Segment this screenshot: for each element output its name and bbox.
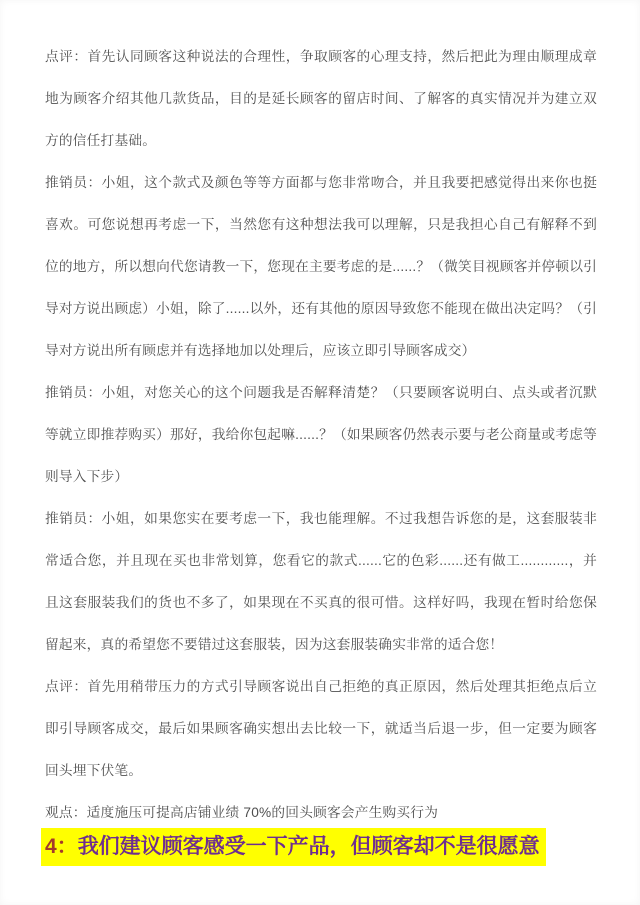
paragraph-comment-2: 点评：首先用稍带压力的方式引导顾客说出自己拒绝的真正原因，然后处理其拒绝点后立即… bbox=[45, 666, 597, 792]
section-heading-text: 我们建议顾客感受一下产品，但顾客却不是很愿意 bbox=[78, 835, 540, 858]
section-heading-number: 4： bbox=[45, 835, 78, 858]
paragraph-salesperson-3: 推销员：小姐，如果您实在要考虑一下，我也能理解。不过我想告诉您的是，这套服装非常… bbox=[45, 498, 597, 666]
paragraph-salesperson-1: 推销员：小姐，这个款式及颜色等等方面都与您非常吻合，并且我要把感觉得出来你也挺喜… bbox=[45, 162, 597, 372]
paragraph-comment-1: 点评：首先认同顾客这种说法的合理性，争取顾客的心理支持，然后把此为理由顺理成章地… bbox=[45, 36, 597, 162]
section-heading-highlight: 4：我们建议顾客感受一下产品，但顾客却不是很愿意 bbox=[41, 828, 546, 866]
paragraph-salesperson-2: 推销员：小姐，对您关心的这个问题我是否解释清楚？（只要顾客说明白、点头或者沉默等… bbox=[45, 372, 597, 498]
document-page: 点评：首先认同顾客这种说法的合理性，争取顾客的心理支持，然后把此为理由顺理成章地… bbox=[0, 0, 640, 905]
section-heading: 4：我们建议顾客感受一下产品，但顾客却不是很愿意 bbox=[45, 828, 597, 866]
